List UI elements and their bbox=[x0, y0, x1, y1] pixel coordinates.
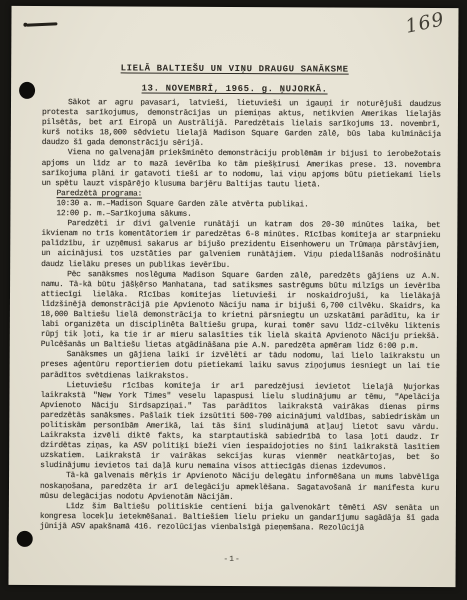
title-line-1: LIELĀ BALTIEŠU UN VIŅU DRAUGU SANĀKSME bbox=[121, 61, 349, 77]
paragraph: Tā-kā galvenais mērķis ir Apvienoto Nāci… bbox=[40, 471, 439, 503]
document-title: LIELĀ BALTIEŠU UN VIŅU DRAUGU SANĀKSME 1… bbox=[11, 57, 458, 98]
document-body: Sākot ar agru pavasari, latvieši, lietuv… bbox=[40, 98, 441, 534]
handwritten-folio-number: 169 bbox=[404, 8, 447, 38]
punch-hole-icon bbox=[17, 531, 33, 547]
paragraph: Paredzēti ir divi galvenie runātāji un k… bbox=[41, 219, 440, 272]
pen-mark bbox=[26, 22, 57, 26]
paragraph: Līdz šim Baltiešu politiskie centieni bi… bbox=[40, 502, 439, 534]
page-number: -1- bbox=[9, 554, 456, 565]
title-line-2: 13. NOVEMBRĪ, 1965. g. ŅUJORKĀ. bbox=[142, 82, 328, 98]
paragraph: Sanāksmes un gājiena laiki ir izvēlēti a… bbox=[41, 350, 440, 382]
paragraph: Pēc sanāksmes noslēguma Madison Square G… bbox=[41, 270, 440, 353]
paragraph: Lietuviešu rīcības komiteja ir arī pared… bbox=[40, 381, 439, 474]
paragraph: Sākot ar agru pavasari, latvieši, lietuv… bbox=[42, 98, 441, 151]
paragraph: Viena no galvenajām priekšminēto demonst… bbox=[42, 148, 441, 190]
document-page: 169 LIELĀ BALTIEŠU UN VIŅU DRAUGU SANĀKS… bbox=[8, 6, 458, 587]
